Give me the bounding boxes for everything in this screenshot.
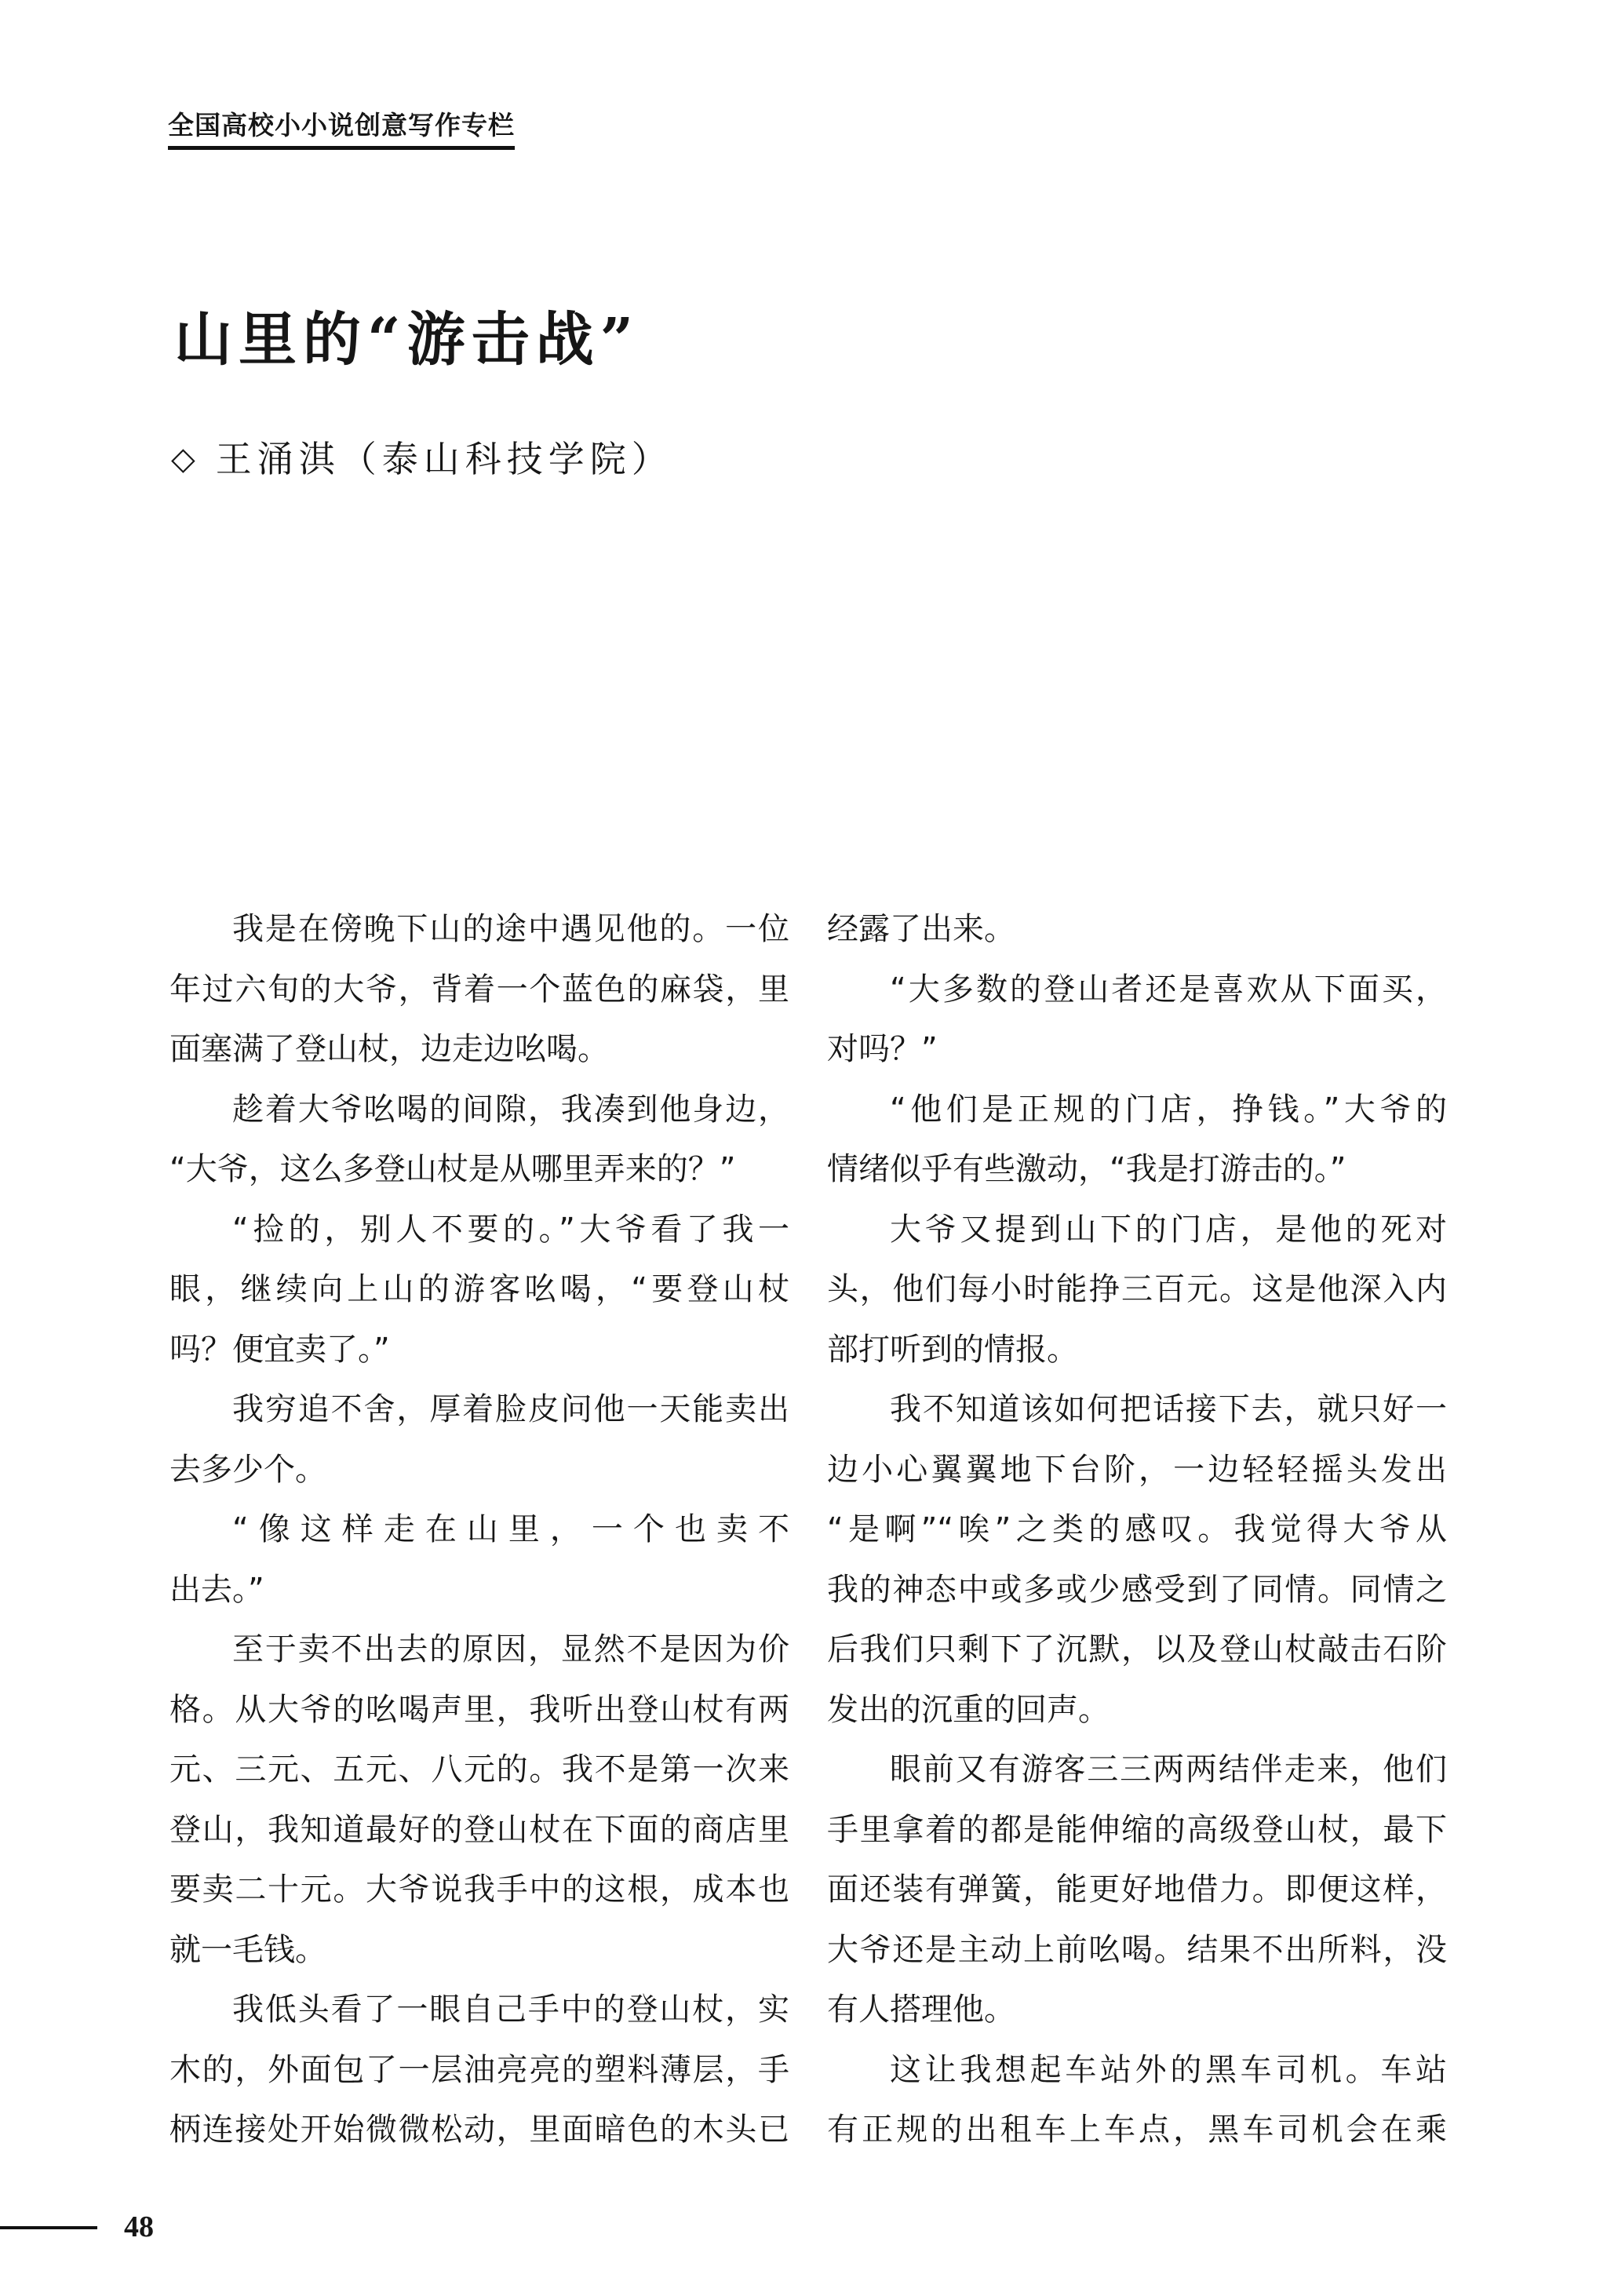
text-line: 边小心翼翼地下台阶，一边轻轻摇头发出 — [827, 1440, 1447, 1500]
text-line: 面还装有弹簧，能更好地借力。即便这样， — [827, 1860, 1447, 1920]
page-number: 48 — [124, 2210, 154, 2244]
text-line: “他们是正规的门店，挣钱。”大爷的 — [827, 1080, 1447, 1140]
text-line: 这让我想起车站外的黑车司机。车站 — [827, 2040, 1447, 2101]
text-line: 木的，外面包了一层油亮亮的塑料薄层，手 — [169, 2040, 789, 2101]
text-line: 后我们只剩下了沉默，以及登山杖敲击石阶 — [827, 1620, 1447, 1680]
body-column-right: 经露了出来。“大多数的登山者还是喜欢从下面买，对吗？”“他们是正规的门店，挣钱。… — [827, 899, 1447, 2160]
text-line: 手里拿着的都是能伸缩的高级登山杖，最下 — [827, 1800, 1447, 1860]
text-line: 吗？便宜卖了。” — [169, 1320, 789, 1380]
body-column-left: 我是在傍晚下山的途中遇见他的。一位年过六旬的大爷，背着一个蓝色的麻袋，里面塞满了… — [169, 899, 789, 2160]
text-line: 经露了出来。 — [827, 899, 1447, 960]
text-line: 我的神态中或多或少感受到了同情。同情之 — [827, 1560, 1447, 1620]
author-affiliation: （泰山科技学院） — [341, 436, 673, 483]
text-line: “是啊”“唉”之类的感叹。我觉得大爷从 — [827, 1500, 1447, 1560]
text-line: 出去。” — [169, 1560, 789, 1620]
page-footer: 48 — [0, 2210, 154, 2244]
text-line: 眼前又有游客三三两两结伴走来，他们 — [827, 1740, 1447, 1800]
diamond-bullet-icon: ◇ — [171, 436, 195, 483]
text-line: 就一毛钱。 — [169, 1920, 789, 1981]
text-line: 我低头看了一眼自己手中的登山杖，实 — [169, 1980, 789, 2040]
text-line: “捡的，别人不要的。”大爷看了我一 — [169, 1200, 789, 1260]
text-line: 我穷追不舍，厚着脸皮问他一天能卖出 — [169, 1379, 789, 1440]
text-line: 年过六旬的大爷，背着一个蓝色的麻袋，里 — [169, 960, 789, 1020]
text-line: 要卖二十元。大爷说我手中的这根，成本也 — [169, 1860, 789, 1920]
text-line: 大爷还是主动上前吆喝。结果不出所料，没 — [827, 1920, 1447, 1981]
text-line: 至于卖不出去的原因，显然不是因为价 — [169, 1620, 789, 1680]
author-name: 王涌淇 — [216, 436, 341, 483]
text-line: 趁着大爷吆喝的间隙，我凑到他身边， — [169, 1080, 789, 1140]
text-line: “大爷，这么多登山杖是从哪里弄来的？” — [169, 1139, 789, 1200]
byline: ◇ 王涌淇 （泰山科技学院） — [171, 436, 673, 483]
text-line: 我不知道该如何把话接下去，就只好一 — [827, 1379, 1447, 1440]
text-line: 眼，继续向上山的游客吆喝，“要登山杖 — [169, 1259, 789, 1320]
text-line: 头，他们每小时能挣三百元。这是他深入内 — [827, 1259, 1447, 1320]
text-line: 对吗？” — [827, 1019, 1447, 1080]
text-line: “大多数的登山者还是喜欢从下面买， — [827, 960, 1447, 1020]
text-line: 大爷又提到山下的门店，是他的死对 — [827, 1200, 1447, 1260]
text-line: 面塞满了登山杖，边走边吆喝。 — [169, 1019, 789, 1080]
text-line: “像这样走在山里，一个也卖不 — [169, 1500, 789, 1560]
text-line: 有正规的出租车上车点，黑车司机会在乘 — [827, 2100, 1447, 2160]
text-line: 登山，我知道最好的登山杖在下面的商店里 — [169, 1800, 789, 1860]
column-section-label: 全国高校小小说创意写作专栏 — [168, 110, 515, 150]
text-line: 发出的沉重的回声。 — [827, 1680, 1447, 1740]
text-line: 柄连接处开始微微松动，里面暗色的木头已 — [169, 2100, 789, 2160]
text-line: 格。从大爷的吆喝声里，我听出登山杖有两 — [169, 1680, 789, 1740]
text-line: 去多少个。 — [169, 1440, 789, 1500]
footer-rule — [0, 2226, 97, 2229]
text-line: 情绪似乎有些激动，“我是打游击的。” — [827, 1139, 1447, 1200]
article-title: 山里的“游击战” — [174, 304, 640, 375]
text-line: 有人搭理他。 — [827, 1980, 1447, 2040]
text-line: 我是在傍晚下山的途中遇见他的。一位 — [169, 899, 789, 960]
text-line: 部打听到的情报。 — [827, 1320, 1447, 1380]
text-line: 元、三元、五元、八元的。我不是第一次来 — [169, 1740, 789, 1800]
